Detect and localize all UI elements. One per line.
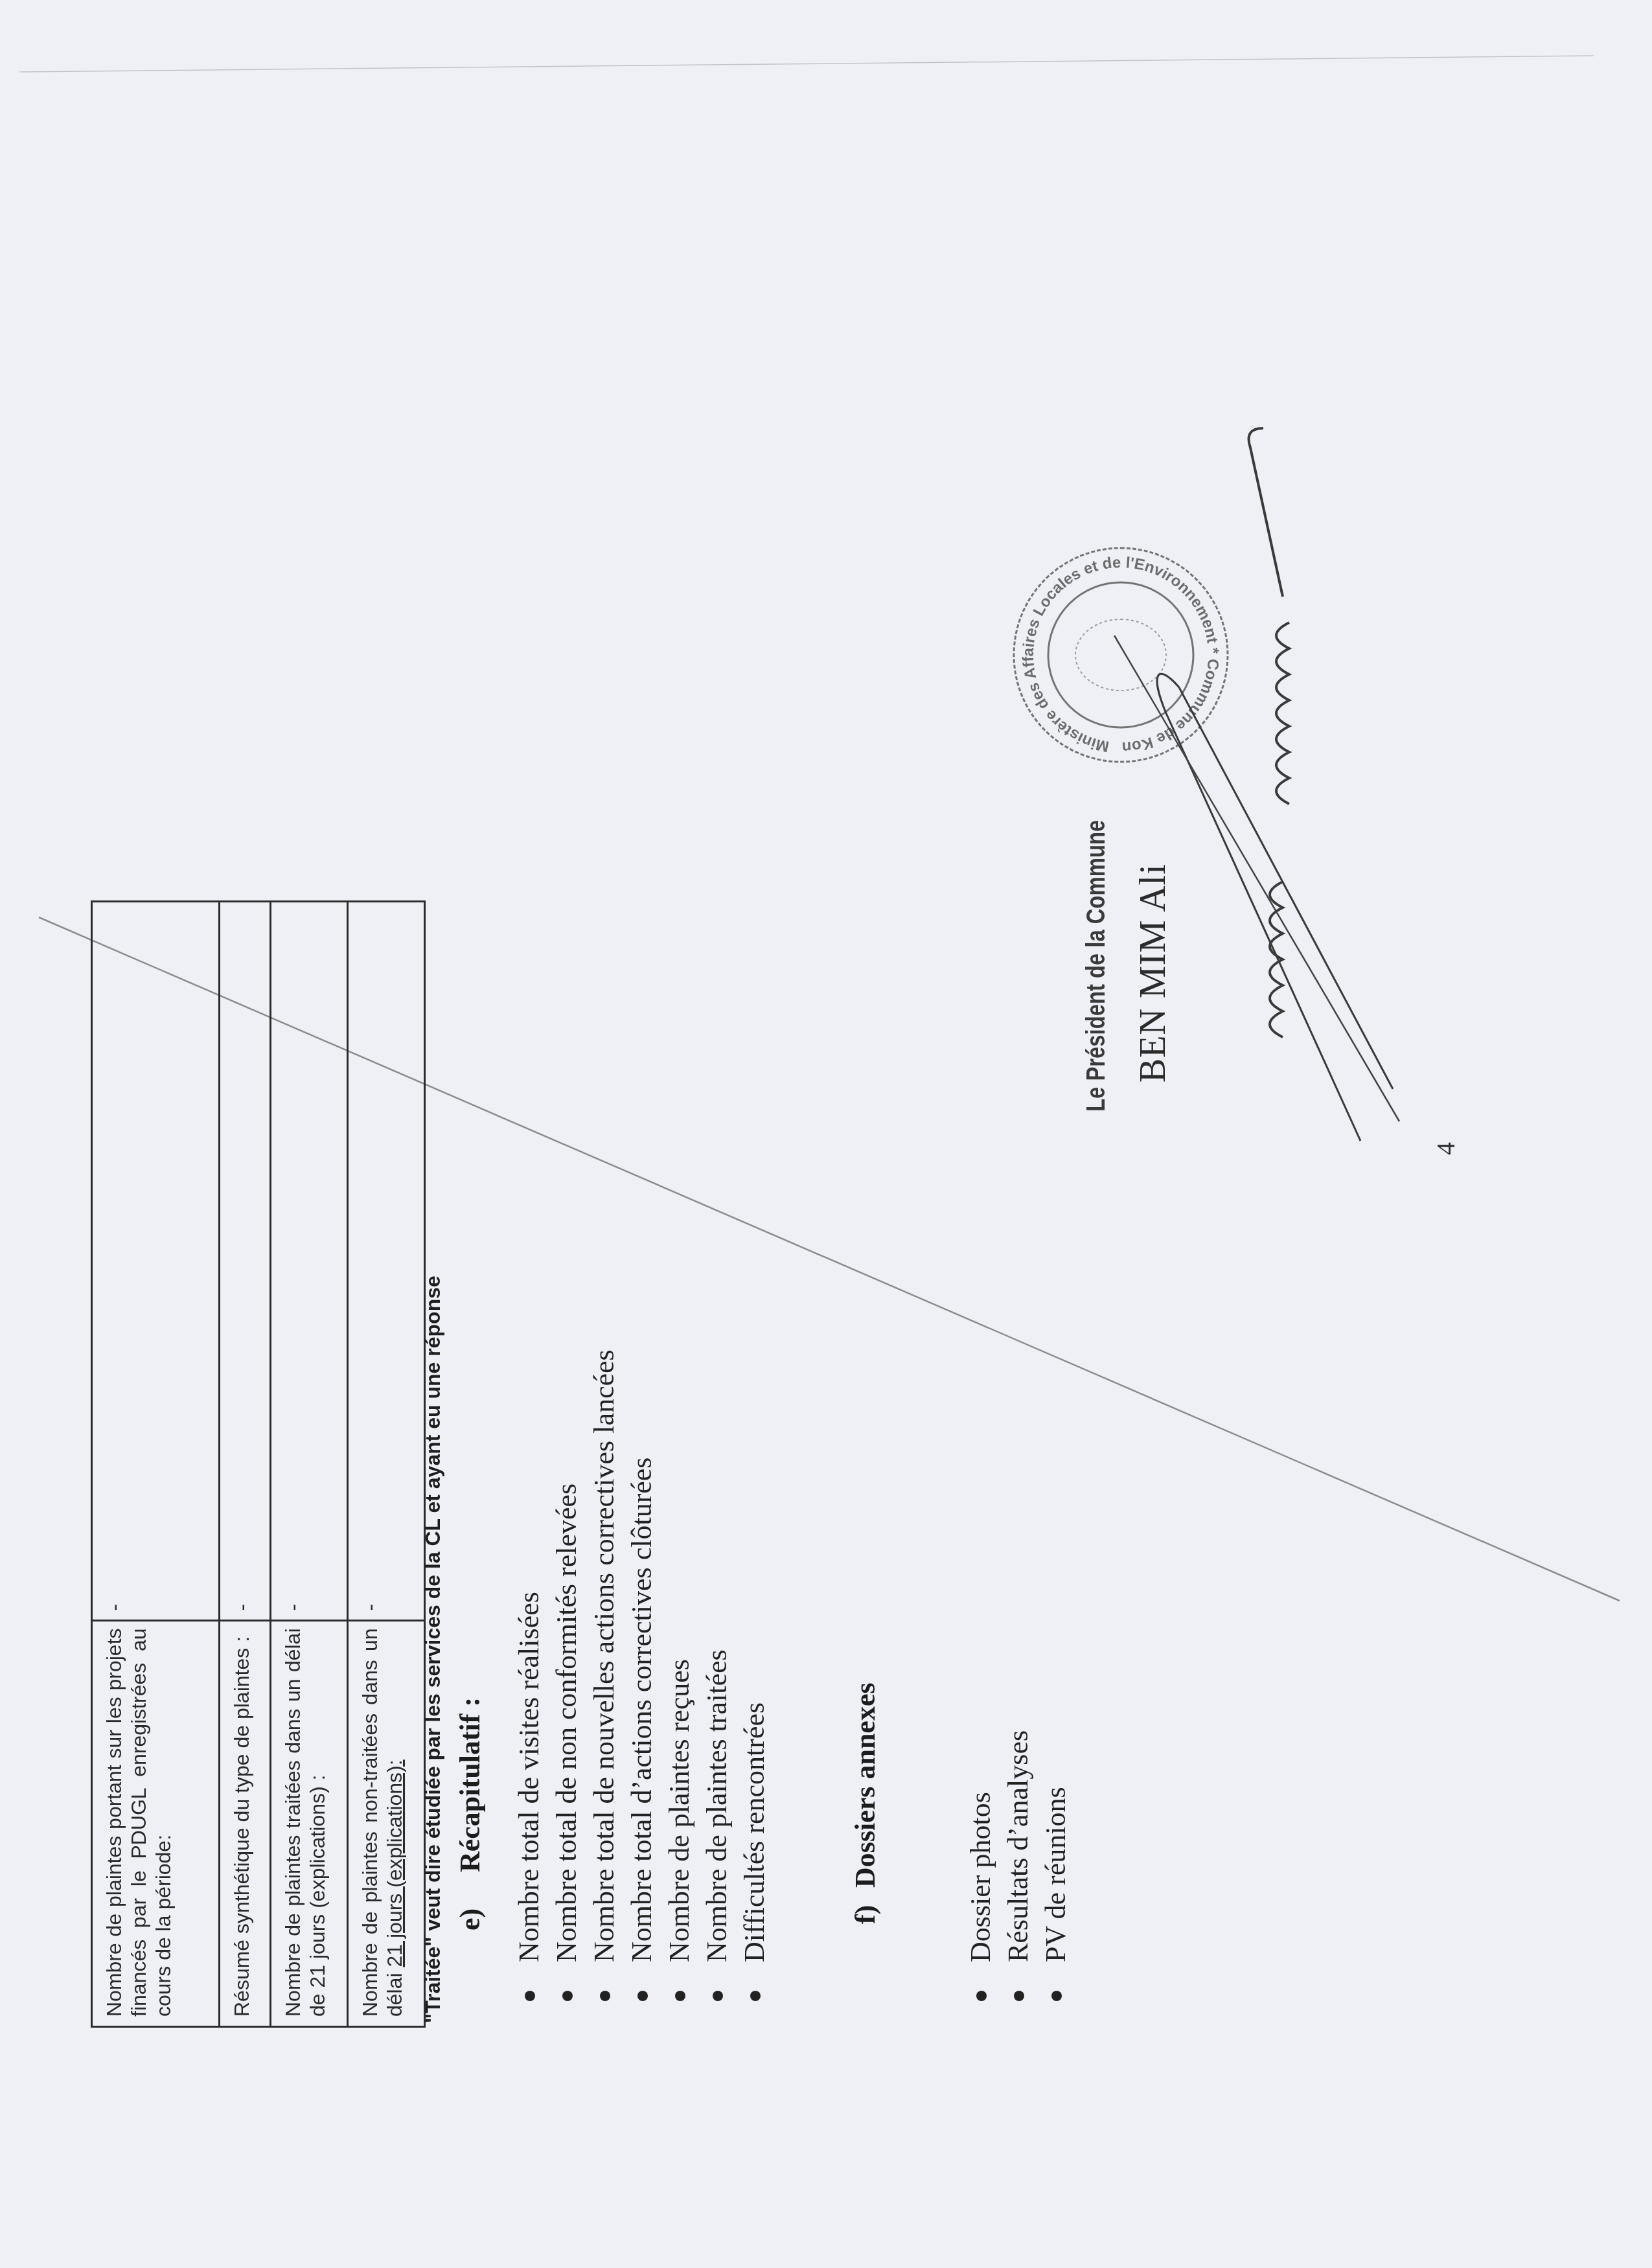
row-label-underlined: 21 jours (explications): — [383, 1759, 406, 1967]
list-item: Résultats d’analyses — [1000, 1730, 1037, 2001]
footnote: "Traitée" veut dire étudiée par les serv… — [421, 1276, 445, 2023]
row-value: - — [220, 902, 271, 1621]
list-item-text: Nombre total de nouvelles actions correc… — [588, 1349, 620, 1962]
list-item-text: Nombre de plaintes traitées — [701, 1649, 733, 1962]
recap-list: Nombre total de visites réalisées Nombre… — [511, 1349, 774, 2001]
bullet-icon — [976, 1991, 987, 2001]
row-label: Résumé synthétique du type de plaintes : — [220, 1621, 271, 2027]
row-value: - — [348, 902, 425, 1621]
section-title: Récapitulatif : — [454, 1697, 486, 1872]
bullet-icon — [713, 1991, 723, 2001]
list-item: PV de réunions — [1037, 1730, 1075, 2001]
section-heading-recap: e)Récapitulatif : — [453, 1697, 487, 1930]
list-item: Nombre total de non conformités relevées — [548, 1349, 586, 2001]
table-row: Nombre de plaintes traitées dans un déla… — [271, 902, 348, 2027]
bullet-icon — [562, 1991, 573, 2001]
bullet-icon — [525, 1991, 535, 2001]
list-item-text: Nombre total d’actions correctives clôtu… — [626, 1458, 658, 1962]
row-label: Nombre de plaintes traitées dans un déla… — [271, 1621, 348, 2027]
list-item-text: Nombre total de non conformités relevées — [551, 1483, 582, 1962]
section-marker: e) — [453, 1872, 487, 1930]
bullet-icon — [637, 1991, 648, 2001]
table-row: Résumé synthétique du type de plaintes :… — [220, 902, 271, 2027]
row-value: - — [92, 902, 220, 1621]
section-marker: f) — [849, 1888, 882, 1924]
list-item: Nombre de plaintes traitées — [698, 1349, 736, 2001]
annex-list: Dossier photos Résultats d’analyses PV d… — [962, 1730, 1075, 2001]
page-number: 4 — [1430, 1142, 1461, 1155]
row-value: - — [271, 902, 348, 1621]
section-heading-annexes: f)Dossiers annexes — [849, 1682, 882, 1924]
bullet-icon — [750, 1991, 761, 2001]
document-page: Nombre de plaintes portant sur les proje… — [0, 0, 1652, 2268]
list-item-text: Résultats d’analyses — [1002, 1730, 1034, 1962]
section-title: Dossiers annexes — [849, 1682, 881, 1888]
handwritten-signature-icon — [1088, 389, 1425, 1167]
complaints-table: Nombre de plaintes portant sur les proje… — [91, 900, 426, 2028]
list-item-text: Dossier photos — [965, 1792, 996, 1962]
row-label: Nombre de plaintes non-traitées dans un … — [348, 1621, 425, 2027]
row-label: Nombre de plaintes portant sur les proje… — [92, 1621, 220, 2027]
list-item: Nombre total de visites réalisées — [511, 1349, 548, 2001]
list-item-text: Nombre total de visites réalisées — [513, 1592, 545, 1962]
list-item-text: PV de réunions — [1040, 1787, 1072, 1962]
list-item-text: Nombre de plaintes reçues — [663, 1659, 695, 1962]
bullet-icon — [1051, 1991, 1062, 2001]
table-row: Nombre de plaintes non-traitées dans un … — [348, 902, 425, 2027]
bullet-icon — [600, 1991, 610, 2001]
list-item: Nombre de plaintes reçues — [661, 1349, 698, 2001]
bullet-icon — [675, 1991, 685, 2001]
table-row: Nombre de plaintes portant sur les proje… — [92, 902, 220, 2027]
list-item-text: Difficultés rencontrées — [739, 1702, 770, 1962]
bullet-icon — [1014, 1991, 1024, 2001]
list-item: Nombre total de nouvelles actions correc… — [586, 1349, 623, 2001]
list-item: Dossier photos — [962, 1730, 1000, 2001]
list-item: Nombre total d’actions correctives clôtu… — [623, 1349, 661, 2001]
list-item: Difficultés rencontrées — [736, 1349, 774, 2001]
